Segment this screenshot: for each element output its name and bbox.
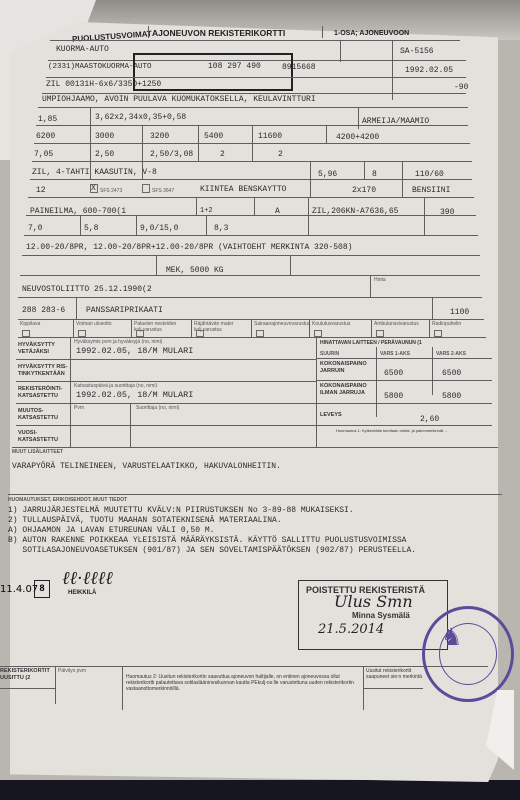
equipment-checkbox[interactable] <box>434 330 442 337</box>
turning-radius-2: 5,8 <box>84 224 98 233</box>
own-weight: 6200 <box>36 132 55 141</box>
engine-description: ZIL, 4-TAHTI KAASUTIN, V-8 <box>32 168 157 177</box>
accessories-title: MUUT LISÄLAITTEET <box>12 449 63 455</box>
dim-height: 1,85 <box>38 115 57 124</box>
sfs-b-label: SFS 3647 <box>152 188 174 194</box>
unit-code: 1100 <box>450 308 469 317</box>
equipment-checkbox[interactable] <box>314 330 322 337</box>
voltage: 12 <box>36 186 46 195</box>
approval-value: 1992.02.05, 18/M MULARI <box>76 346 193 356</box>
trailer-col-axle2: VARS 2-AKS <box>436 351 466 357</box>
total-weight: 11600 <box>258 132 282 141</box>
approval-label: VUOSI-KATSASTETTU <box>18 430 68 444</box>
displacement: 5,96 <box>318 170 337 179</box>
cargo-dimensions: 3,62x2,34x0,35+0,58 <box>95 113 186 122</box>
equipment-checkbox[interactable] <box>376 330 384 337</box>
braked-axle1: 6500 <box>384 369 403 378</box>
equipment-checkbox[interactable] <box>22 330 30 337</box>
width: 2,50 <box>95 150 114 159</box>
unbraked-axle1: 5800 <box>384 392 403 401</box>
signoff-date: 11.4.07 <box>0 584 38 595</box>
card-part: 1-OSA; AJONEUVOON <box>334 30 409 37</box>
gear-ratio: 8,3 <box>214 224 228 233</box>
payload: 3000 <box>95 132 114 141</box>
cylinders: 8 <box>372 170 377 179</box>
unbraked-axle2: 5800 <box>442 392 461 401</box>
deregistered-date: 21.5.2014 <box>318 622 384 637</box>
payload-2: 3200 <box>150 132 169 141</box>
note-1: Huomautus 1: Kytkentään tarvitaan mitoit… <box>336 428 486 433</box>
max-speed: 9,0/15,0 <box>140 224 178 233</box>
type-code: 288 283-6 <box>22 306 65 315</box>
equipment-checkbox[interactable] <box>136 330 144 337</box>
height-2: 2,50/3,08 <box>150 150 193 159</box>
equipment-checkbox[interactable] <box>256 330 264 337</box>
equipment-header: Kippilava <box>20 321 40 327</box>
remark-line: B) AUTON RAKENNE POIKKEAA YLEISISTÄ MÄÄR… <box>8 536 406 545</box>
equipment-header: Koulutusvarustus <box>312 321 350 327</box>
body-description: UMPIOHJAAMO, AVOIN PUULAVA KUOMUKATOKSEL… <box>42 95 316 104</box>
renewed-label: REKISTERIKORTIT UUSITTU (2 <box>0 668 54 682</box>
axle-load: 5400 <box>204 132 223 141</box>
registration-date: 1992.02.05 <box>405 66 453 75</box>
deregistered-name: Minna Sysmälä <box>352 611 410 620</box>
note-2: Huomautus 2: Uusitun rekisterikortin saa… <box>126 674 358 692</box>
tyre-spec: 12.00-20/8PR, 12.00-20/8PR+12.00-20/8PR … <box>26 243 352 252</box>
engine-power: 110/60 <box>415 170 444 179</box>
equipment-header: Sairaanajoneuvovarustus <box>254 321 310 327</box>
background-table <box>0 780 520 800</box>
equipment-checkbox[interactable] <box>196 330 204 337</box>
approval-sublabel: Katsastuspäivä ja suorittaja (no, nimi) <box>74 383 157 389</box>
update-date-label: Päivitys pvm <box>58 668 86 674</box>
equipment-checkbox[interactable] <box>78 330 86 337</box>
heikkila-signature: ℓℓ·ℓℓℓℓ <box>62 568 113 589</box>
tank-volume: 2x170 <box>352 186 376 195</box>
trailer-row-width: LEVEYS <box>320 412 342 419</box>
remark-line: 1) JARRUJÄRJESTELMÄ MUUTETTU KVÄLV:N PII… <box>8 506 354 515</box>
signoff-stamp-number: 8 <box>34 580 50 598</box>
official-seal: ♞ <box>422 606 514 702</box>
sfs-checkbox-b[interactable] <box>142 184 150 193</box>
approval-label: MUUTOS-KATSASTETTU <box>18 408 68 422</box>
sfs-checkmark: X <box>91 184 96 193</box>
approval-sublabel: Hyväksymis pvm ja hyväksyjä (no, nimi) <box>74 339 162 345</box>
remarks-title: HUOMAUTUKSET, ERIKOISEHDOT, MUUT TIEDOT <box>8 497 127 503</box>
fuel-system: KIINTEA BENSKAYTTO <box>200 185 286 194</box>
winch: MEK, 5000 KG <box>166 266 224 275</box>
approval-sublabel: Pvm <box>74 405 84 411</box>
length: 7,05 <box>34 150 53 159</box>
approval-label: REKISTERÖINTI-KATSASTETTU <box>18 386 68 400</box>
trailer-width: 2,60 <box>420 415 439 424</box>
seats-front: 2 <box>220 150 225 159</box>
approval-sublabel-2: Suorittaja (no, nimi) <box>136 405 179 411</box>
sfs-a-label: SFS 2473 <box>100 188 122 194</box>
approval-label: HYVÄKSYTTY RIS-TINKYTKENTÄÄN <box>18 364 68 378</box>
lion-crest-icon: ♞ <box>441 623 463 652</box>
equipment-header: Radiopuhelin <box>432 321 461 327</box>
approval-value: 1992.02.05, 18/M MULARI <box>76 390 193 400</box>
fuel-type: BENSIINI <box>412 186 450 195</box>
trailer-row-unbraked: KOKONAISPAINO ILMAN JARRUJA <box>320 383 374 397</box>
year-suffix: -90 <box>454 83 468 92</box>
vehicle-model: ZIL 00131H-6x6/3350+1250 <box>46 80 161 89</box>
holder-unit: PANSSARIPRIKAATI <box>86 306 163 315</box>
reg-number: SA-5156 <box>400 47 434 56</box>
frame-number: 108 297 490 <box>208 62 261 71</box>
approval-label: HYVÄKSYTTY VETÄJÄKSI <box>18 342 68 356</box>
seats: 2 <box>278 150 283 159</box>
trailer-col-max: SUURIN <box>320 351 339 357</box>
price-label: Hinta <box>374 277 386 283</box>
trailer-row-braked: KOKONAISPAINO JARRUIN <box>320 361 374 375</box>
signoff-name: HEIKKILÄ <box>68 590 96 596</box>
card-title: AJONEUVON REKISTERIKORTTI <box>152 28 285 38</box>
remark-line: 2) TULLAUSPÄIVÄ, TUOTU MAAHAN SOTATEKNIS… <box>8 516 282 525</box>
renewed-right-label: Uusitut rekisterikortit saapuneet sie:n … <box>366 668 426 680</box>
vehicle-type: KUORMA-AUTO <box>56 45 109 54</box>
sysmala-signature: Ulus Smn <box>334 592 413 611</box>
turning-radius-1: 7,0 <box>28 224 42 233</box>
remark-line: A) OHJAAMON JA LAVAN ETUREUNAN VÄLI 0,50… <box>8 526 214 535</box>
remark-line: SOTILASAJONEUVOASETUKSEN (901/87) JA SEN… <box>8 546 416 555</box>
trailer-title: HINATTAVAN LAITTEEN / PERÄVAUNUN (1 <box>320 340 422 346</box>
serial-number: 8915668 <box>282 63 316 72</box>
braked-axle2: 6500 <box>442 369 461 378</box>
acquisition-place-date: NEUVOSTOLIITTO 25.12.1990(2 <box>22 285 152 294</box>
accessories-value: VARAPYÖRÄ TELINEINEEN, VARUSTELAATIKKO, … <box>12 462 281 471</box>
equipment-header: Voiman ulosotto <box>76 321 112 327</box>
brake-circuits: 1+2 <box>200 207 213 215</box>
axle-mass: 4200+4200 <box>336 133 379 142</box>
equipment-header: Ambulanssivarustus <box>374 321 419 327</box>
trailer-col-axle1: VARS 1-AKS <box>380 351 410 357</box>
